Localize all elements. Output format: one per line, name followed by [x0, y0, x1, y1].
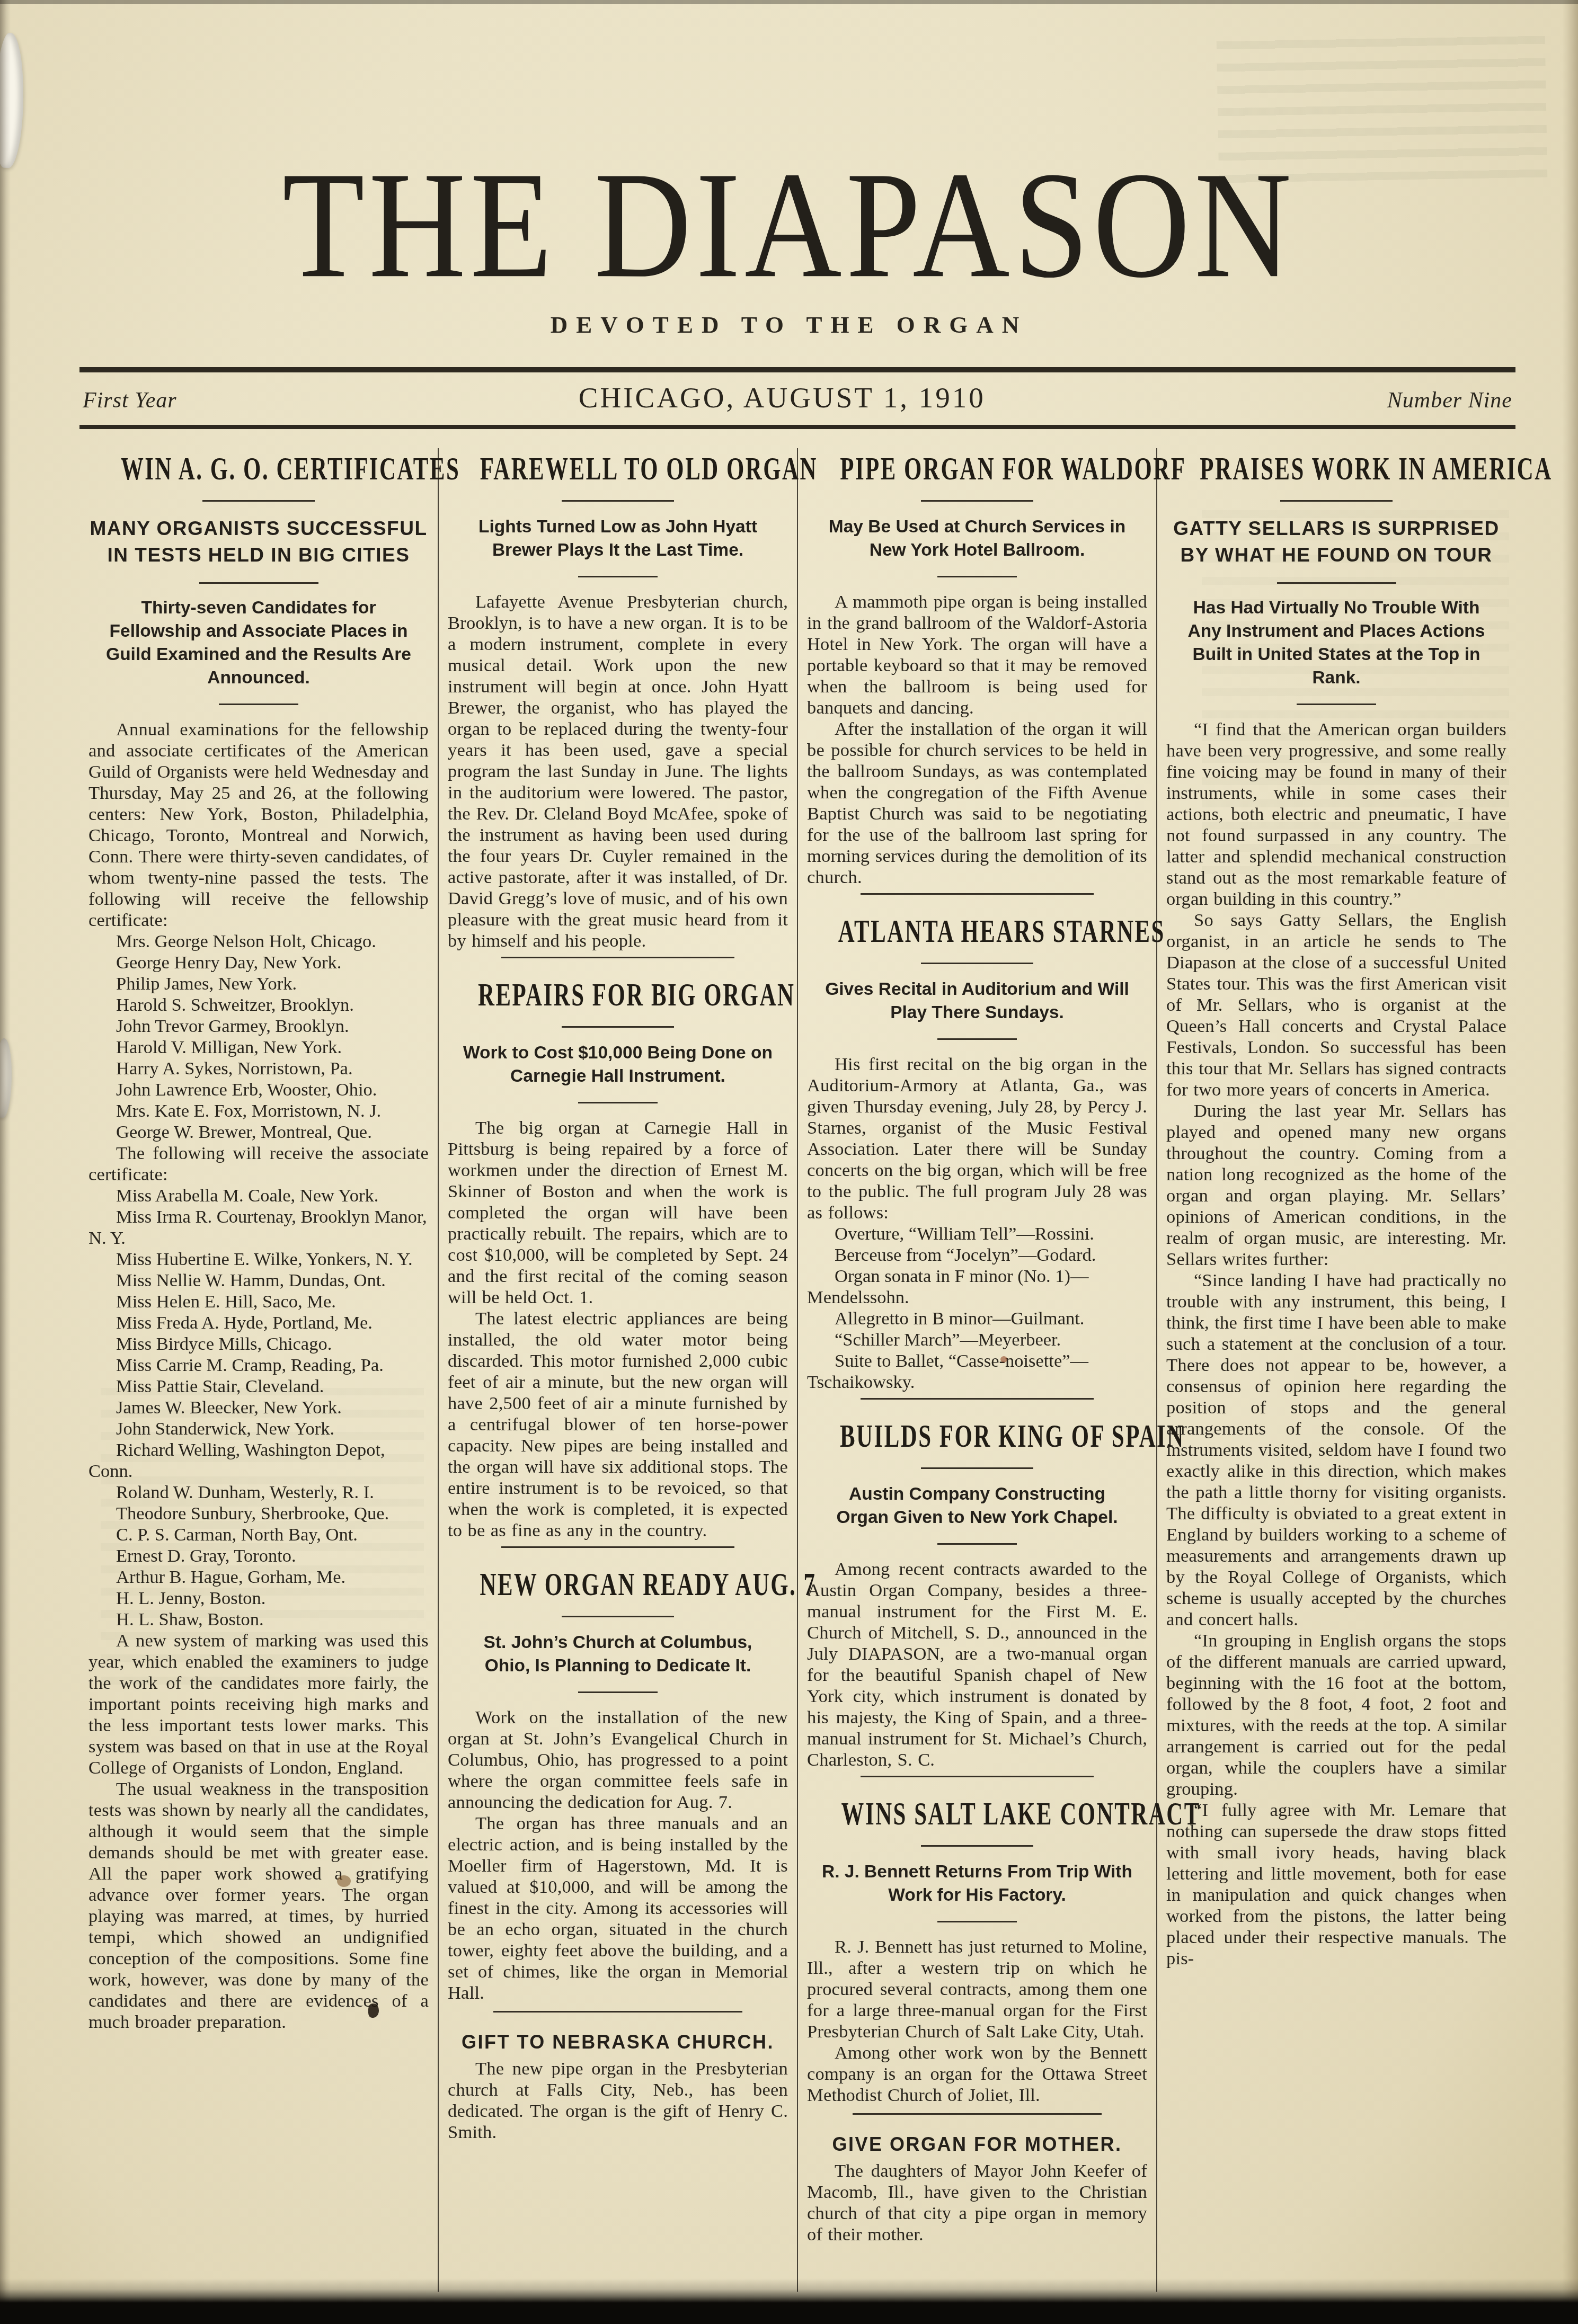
- article-headline: PIPE ORGAN FOR WALDORF: [807, 453, 1147, 502]
- page-edge: [1562, 0, 1578, 2324]
- article-deck: Thirty-seven Candidates for Fellowship a…: [88, 596, 429, 705]
- dateline-band: First Year CHICAGO, AUGUST 1, 1910 Numbe…: [79, 367, 1515, 429]
- certificate-recipient-line: Ernest D. Gray, Toronto.: [88, 1545, 429, 1566]
- article-headline: BUILDS FOR KING OF SPAIN: [807, 1398, 1147, 1469]
- article-paragraph: R. J. Bennett has just returned to Molin…: [807, 1936, 1147, 2042]
- article-headline: WINS SALT LAKE CONTRACT: [807, 1776, 1147, 1847]
- page-edge: [0, 0, 1578, 4]
- article-headline: FAREWELL TO OLD ORGAN: [448, 453, 788, 502]
- certificate-recipient-line: Miss Freda A. Hyde, Portland, Me.: [88, 1312, 429, 1333]
- certificate-recipient-line: Harold V. Milligan, New York.: [88, 1037, 429, 1058]
- article-headline: NEW ORGAN READY AUG. 7: [448, 1546, 788, 1617]
- newspaper-column-2: FAREWELL TO OLD ORGANLights Turned Low a…: [438, 448, 797, 2292]
- certificate-recipient-line: Arthur B. Hague, Gorham, Me.: [88, 1566, 429, 1588]
- article-section-head: GIVE ORGAN FOR MOTHER.: [807, 2113, 1147, 2156]
- certificate-recipient-line: John Lawrence Erb, Wooster, Ohio.: [88, 1079, 429, 1100]
- certificate-recipient-line: James W. Bleecker, New York.: [88, 1397, 429, 1418]
- article-paragraph: “I find that the American organ builders…: [1166, 719, 1506, 910]
- article-paragraph: Among other work won by the Bennett comp…: [807, 2042, 1147, 2106]
- certificate-recipient-line: Richard Welling, Washington Depot, Conn.: [88, 1439, 429, 1482]
- article-paragraph: The daughters of Mayor John Keefer of Ma…: [807, 2160, 1147, 2245]
- newspaper-tagline: DEVOTED TO THE ORGAN: [0, 311, 1578, 339]
- article-deck: Austin Company Constructing Organ Given …: [807, 1483, 1147, 1545]
- certificate-recipient-line: John Standerwick, New York.: [88, 1418, 429, 1439]
- article-paragraph: “In grouping in English organs the stops…: [1166, 1630, 1506, 1800]
- certificate-recipient-line: Roland W. Dunham, Westerly, R. I.: [88, 1482, 429, 1503]
- article-deck: Work to Cost $10,000 Being Done on Carne…: [448, 1041, 788, 1103]
- article-paragraph: The big organ at Carnegie Hall in Pittsb…: [448, 1117, 788, 1308]
- article-paragraph: “I fully agree with Mr. Lemare that noth…: [1166, 1800, 1506, 1969]
- certificate-recipient-line: Miss Birdyce Mills, Chicago.: [88, 1333, 429, 1355]
- page-edge: [0, 2278, 1578, 2324]
- certificate-recipient-line: Mrs. George Nelson Holt, Chicago.: [88, 931, 429, 952]
- article-subhead: MANY ORGANISTS SUCCESSFUL IN TESTS HELD …: [88, 515, 429, 584]
- article-headline: PRAISES WORK IN AMERICA: [1166, 453, 1506, 502]
- certificate-recipient-line: George Henry Day, New York.: [88, 952, 429, 973]
- article-section-head: GIFT TO NEBRASKA CHURCH.: [448, 2011, 788, 2054]
- article-headline: WIN A. G. O. CERTIFICATES: [88, 453, 429, 502]
- article-paragraph: After the installation of the organ it w…: [807, 718, 1147, 888]
- certificate-recipient-line: John Trevor Garmey, Brooklyn.: [88, 1016, 429, 1037]
- article-headline: ATLANTA HEARS STARNES: [807, 893, 1147, 964]
- program-item: Berceuse from “Jocelyn”—Godard.: [807, 1244, 1147, 1266]
- article-deck: Has Had Virtually No Trouble With Any In…: [1166, 596, 1506, 705]
- article-paragraph: So says Gatty Sellars, the English organ…: [1166, 910, 1506, 1100]
- article-paragraph: The organ has three manuals and an elect…: [448, 1813, 788, 2004]
- article-deck: St. John’s Church at Columbus, Ohio, Is …: [448, 1631, 788, 1693]
- program-item: Suite to Ballet, “Casse-noisette”—Tschai…: [807, 1350, 1147, 1393]
- certificate-recipient-line: Miss Helen E. Hill, Saco, Me.: [88, 1291, 429, 1312]
- article-deck: Gives Recital in Auditorium and Will Pla…: [807, 978, 1147, 1040]
- article-paragraph: Work on the installation of the new orga…: [448, 1707, 788, 1813]
- certificate-recipient-line: H. L. Jenny, Boston.: [88, 1588, 429, 1609]
- edition-label: First Year: [83, 388, 177, 413]
- page-columns: WIN A. G. O. CERTIFICATESMANY ORGANISTS …: [79, 448, 1515, 2292]
- certificate-recipient-line: Miss Nellie W. Hamm, Dundas, Ont.: [88, 1270, 429, 1291]
- issue-number-label: Number Nine: [1387, 388, 1512, 413]
- newspaper-title: THE DIAPASON: [24, 158, 1555, 292]
- article-paragraph: “Since landing I have had practically no…: [1166, 1270, 1506, 1630]
- certificate-recipient-line: C. P. S. Carman, North Bay, Ont.: [88, 1524, 429, 1545]
- newspaper-column-3: PIPE ORGAN FOR WALDORFMay Be Used at Chu…: [797, 448, 1156, 2292]
- article-paragraph: Among recent contracts awarded to the Au…: [807, 1559, 1147, 1770]
- article-deck: May Be Used at Church Services in New Yo…: [807, 515, 1147, 577]
- article-deck: Lights Turned Low as John Hyatt Brewer P…: [448, 515, 788, 577]
- certificate-recipient-line: Philip James, New York.: [88, 973, 429, 994]
- foxing-spot: [337, 1875, 351, 1887]
- newspaper-column-1: WIN A. G. O. CERTIFICATESMANY ORGANISTS …: [79, 448, 438, 2292]
- certificate-recipient-line: Mrs. Kate E. Fox, Morristown, N. J.: [88, 1100, 429, 1121]
- certificate-recipient-line: George W. Brewer, Montreal, Que.: [88, 1121, 429, 1143]
- article-paragraph: The latest electric appliances are being…: [448, 1308, 788, 1541]
- certificate-recipient-line: Miss Arabella M. Coale, New York.: [88, 1185, 429, 1206]
- article-paragraph: A new system of marking was used this ye…: [88, 1630, 429, 1778]
- article-paragraph: Lafayette Avenue Presbyterian church, Br…: [448, 591, 788, 951]
- article-paragraph: The following will receive the associate…: [88, 1143, 429, 1185]
- program-item: Overture, “William Tell”—Rossini.: [807, 1223, 1147, 1244]
- program-item: Organ sonata in F minor (No. 1)—Mendelss…: [807, 1266, 1147, 1308]
- certificate-recipient-line: Miss Hubertine E. Wilke, Yonkers, N. Y.: [88, 1249, 429, 1270]
- article-paragraph: The new pipe organ in the Presbyterian c…: [448, 2058, 788, 2143]
- page-edge: [0, 0, 11, 2324]
- article-subhead: GATTY SELLARS IS SURPRISED BY WHAT HE FO…: [1166, 515, 1506, 584]
- certificate-recipient-line: Harold S. Schweitzer, Brooklyn.: [88, 994, 429, 1016]
- article-paragraph: A mammoth pipe organ is being installed …: [807, 591, 1147, 718]
- certificate-recipient-line: Miss Irma R. Courtenay, Brooklyn Manor, …: [88, 1206, 429, 1249]
- newspaper-column-4: PRAISES WORK IN AMERICAGATTY SELLARS IS …: [1156, 448, 1515, 2292]
- masthead: THE DIAPASON DEVOTED TO THE ORGAN First …: [0, 0, 1578, 429]
- article-deck: R. J. Bennett Returns From Trip With Wor…: [807, 1860, 1147, 1922]
- dateline: CHICAGO, AUGUST 1, 1910: [579, 381, 986, 414]
- certificate-recipient-line: H. L. Shaw, Boston.: [88, 1609, 429, 1630]
- certificate-recipient-line: Miss Pattie Stair, Cleveland.: [88, 1376, 429, 1397]
- certificate-recipient-line: Miss Carrie M. Cramp, Reading, Pa.: [88, 1355, 429, 1376]
- program-item: “Schiller March”—Meyerbeer.: [807, 1329, 1147, 1350]
- article-paragraph: His first recital on the big organ in th…: [807, 1054, 1147, 1223]
- article-paragraph: During the last year Mr. Sellars has pla…: [1166, 1100, 1506, 1270]
- article-paragraph: Annual examinations for the fellowship a…: [88, 719, 429, 931]
- certificate-recipient-line: Harry A. Sykes, Norristown, Pa.: [88, 1058, 429, 1079]
- article-headline: REPAIRS FOR BIG ORGAN: [448, 957, 788, 1028]
- program-item: Allegretto in B minor—Guilmant.: [807, 1308, 1147, 1329]
- newspaper-page: THE DIAPASON DEVOTED TO THE ORGAN First …: [0, 0, 1578, 2324]
- foxing-spot: [1000, 1356, 1007, 1363]
- article-paragraph: The usual weakness in the transposition …: [88, 1778, 429, 2033]
- certificate-recipient-line: Theodore Sunbury, Sherbrooke, Que.: [88, 1503, 429, 1524]
